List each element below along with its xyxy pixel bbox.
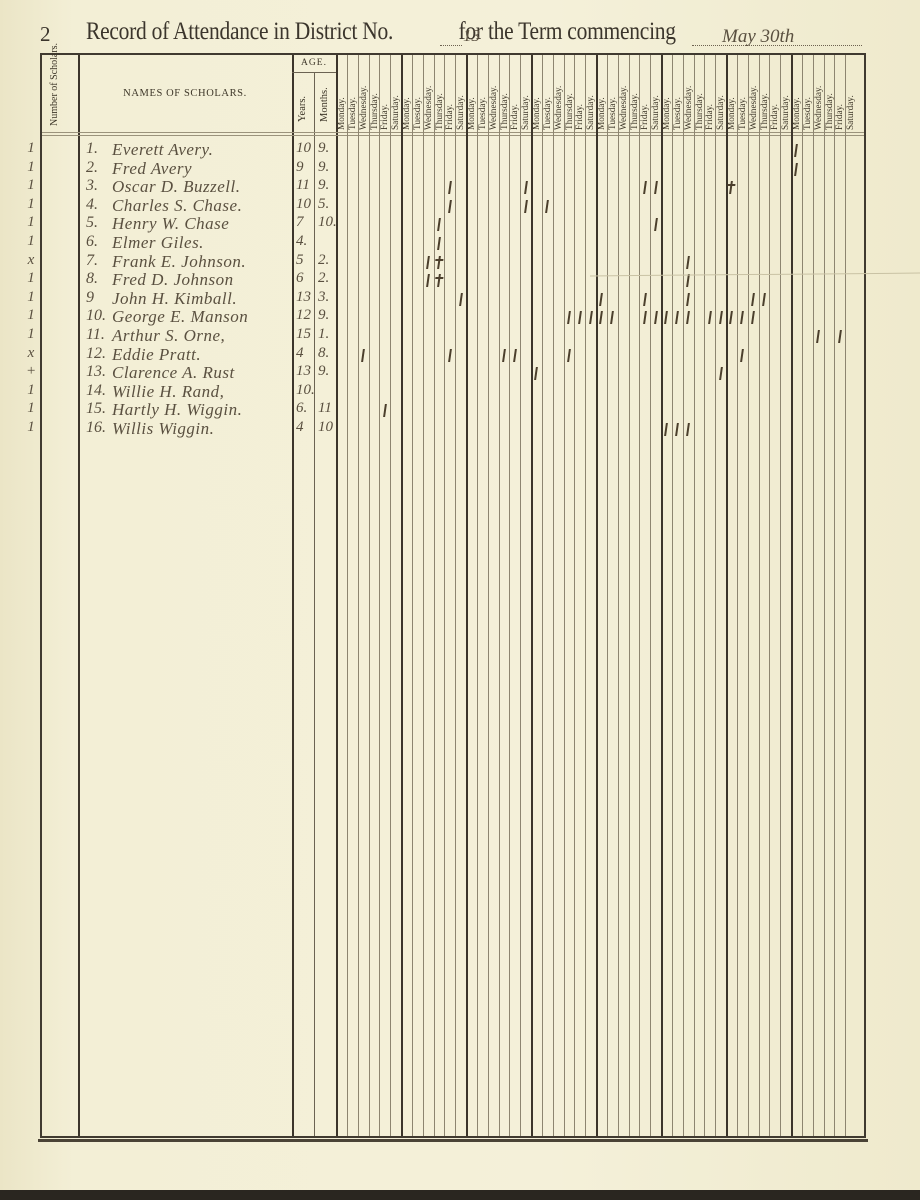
scholar-name: Henry W. Chase — [112, 214, 229, 234]
age-years: 7 — [296, 214, 304, 231]
day-header-monday: Monday. — [532, 58, 542, 130]
table-row: 115.Hartly H. Wiggin.6.11 — [0, 400, 920, 419]
day-header-monday: Monday. — [597, 58, 607, 130]
grid-horizontal-line — [42, 132, 864, 133]
table-row: 16.Elmer Giles.4. — [0, 233, 920, 252]
day-header-thursday: Thursday. — [825, 58, 835, 130]
day-header-tuesday: Tuesday. — [738, 58, 748, 130]
day-header-monday: Monday. — [402, 58, 412, 130]
table-row: 13.Oscar D. Buzzell.119. — [0, 177, 920, 196]
scholar-name: Arthur S. Orne, — [112, 326, 225, 346]
scholar-name: John H. Kimball. — [112, 289, 237, 309]
scholar-number: 15. — [86, 400, 106, 418]
margin-tally-mark: 1 — [22, 326, 40, 343]
day-header-saturday: Saturday. — [456, 58, 466, 130]
header-names-of-scholars: NAMES OF SCHOLARS. — [78, 88, 292, 99]
day-header-friday: Friday. — [510, 58, 520, 130]
age-years: 15 — [296, 326, 311, 343]
scholar-name: Frank E. Johnson. — [112, 252, 246, 272]
age-years: 10 — [296, 140, 311, 157]
age-years: 11 — [296, 177, 310, 194]
scholar-number: 4. — [86, 196, 98, 214]
day-header-monday: Monday. — [662, 58, 672, 130]
day-header-tuesday: Tuesday. — [478, 58, 488, 130]
grid-horizontal-line — [292, 72, 336, 73]
district-dotted-line — [440, 44, 462, 46]
day-header-wednesday: Wednesday. — [814, 58, 824, 130]
day-header-thursday: Thursday. — [565, 58, 575, 130]
age-months: 10. — [318, 214, 337, 231]
scholar-name: Eddie Pratt. — [112, 345, 201, 365]
title-middle: for the Term commencing — [459, 18, 676, 45]
header-age: AGE. — [292, 58, 336, 68]
margin-tally-mark: + — [22, 363, 40, 380]
day-header-friday: Friday. — [640, 58, 650, 130]
day-header-tuesday: Tuesday. — [608, 58, 618, 130]
age-years: 6 — [296, 270, 304, 287]
scholar-number: 2. — [86, 159, 98, 177]
page-title: Record of Attendance in District No.for … — [86, 18, 676, 46]
age-years: 10 — [296, 196, 311, 213]
day-header-friday: Friday. — [835, 58, 845, 130]
day-header-saturday: Saturday. — [521, 58, 531, 130]
scholar-number: 16. — [86, 419, 106, 437]
day-header-thursday: Thursday. — [500, 58, 510, 130]
margin-tally-mark: 1 — [22, 400, 40, 417]
age-months: 2. — [318, 252, 329, 269]
scholar-number: 6. — [86, 233, 98, 251]
day-header-friday: Friday. — [575, 58, 585, 130]
scholar-name: Everett Avery. — [112, 140, 213, 160]
margin-tally-mark: 1 — [22, 159, 40, 176]
margin-tally-mark: x — [22, 252, 40, 269]
day-header-friday: Friday. — [705, 58, 715, 130]
day-header-monday: Monday. — [467, 58, 477, 130]
scholar-name: Fred D. Johnson — [112, 270, 234, 290]
day-header-tuesday: Tuesday. — [673, 58, 683, 130]
age-years: 9 — [296, 159, 304, 176]
age-months: 9. — [318, 307, 329, 324]
table-row: 114.Willie H. Rand,10. — [0, 382, 920, 401]
age-months: 9. — [318, 140, 329, 157]
scholar-number: 11. — [86, 326, 105, 344]
age-years: 4. — [296, 233, 307, 250]
scholar-number: 12. — [86, 345, 106, 363]
margin-tally-mark: 1 — [22, 140, 40, 157]
age-months: 3. — [318, 289, 329, 306]
margin-tally-mark: 1 — [22, 289, 40, 306]
age-years: 5 — [296, 252, 304, 269]
page-edge-shadow — [0, 1190, 920, 1200]
scholar-number: 1. — [86, 140, 98, 158]
day-header-saturday: Saturday. — [716, 58, 726, 130]
day-header-tuesday: Tuesday. — [803, 58, 813, 130]
age-years: 12 — [296, 307, 311, 324]
age-months: 9. — [318, 159, 329, 176]
term-commencing-date: May 30th — [722, 26, 794, 48]
table-row: 110.George E. Manson129. — [0, 307, 920, 326]
scholar-name: Oscar D. Buzzell. — [112, 177, 240, 197]
day-header-saturday: Saturday. — [651, 58, 661, 130]
day-header-tuesday: Tuesday. — [348, 58, 358, 130]
day-header-wednesday: Wednesday. — [749, 58, 759, 130]
age-years: 4 — [296, 345, 304, 362]
scholar-name: Willis Wiggin. — [112, 419, 214, 439]
age-years: 6. — [296, 400, 307, 417]
day-header-wednesday: Wednesday. — [554, 58, 564, 130]
scholar-number: 8. — [86, 270, 98, 288]
day-header-saturday: Saturday. — [781, 58, 791, 130]
header-years: Years. — [298, 82, 308, 122]
header-number-of-scholars: Number of Scholars. — [50, 62, 72, 126]
age-years: 4 — [296, 419, 304, 436]
scholar-number: 10. — [86, 307, 106, 325]
scholar-number: 7. — [86, 252, 98, 270]
scholar-number: 13. — [86, 363, 106, 381]
age-years: 13 — [296, 289, 311, 306]
day-header-thursday: Thursday. — [630, 58, 640, 130]
day-header-wednesday: Wednesday. — [489, 58, 499, 130]
scholar-name: Fred Avery — [112, 159, 192, 179]
table-row: 12.Fred Avery99. — [0, 159, 920, 178]
age-months: 8. — [318, 345, 329, 362]
age-months: 2. — [318, 270, 329, 287]
age-months: 1. — [318, 326, 329, 343]
age-months: 11 — [318, 400, 332, 417]
scholar-number: 14. — [86, 382, 106, 400]
scholar-name: Hartly H. Wiggin. — [112, 400, 242, 420]
day-header-wednesday: Wednesday. — [359, 58, 369, 130]
day-header-wednesday: Wednesday. — [424, 58, 434, 130]
margin-tally-mark: 1 — [22, 177, 40, 194]
ledger-page: 2 Record of Attendance in District No.fo… — [0, 0, 920, 1200]
day-header-friday: Friday. — [380, 58, 390, 130]
day-header-thursday: Thursday. — [695, 58, 705, 130]
margin-tally-mark: 1 — [22, 382, 40, 399]
margin-tally-mark: 1 — [22, 214, 40, 231]
day-header-thursday: Thursday. — [435, 58, 445, 130]
age-years: 13 — [296, 363, 311, 380]
table-row: x7.Frank E. Johnson.52. — [0, 252, 920, 271]
scholar-name: Clarence A. Rust — [112, 363, 235, 383]
margin-tally-mark: 1 — [22, 270, 40, 287]
day-header-tuesday: Tuesday. — [413, 58, 423, 130]
scholar-number: 3. — [86, 177, 98, 195]
grid-horizontal-line — [42, 135, 864, 136]
table-row: 11.Everett Avery.109. — [0, 140, 920, 159]
table-row: 15.Henry W. Chase710. — [0, 214, 920, 233]
day-header-thursday: Thursday. — [370, 58, 380, 130]
margin-tally-mark: 1 — [22, 233, 40, 250]
scholar-number: 5. — [86, 214, 98, 232]
margin-tally-mark: 1 — [22, 307, 40, 324]
age-months: 9. — [318, 363, 329, 380]
district-number: 13 — [463, 26, 480, 46]
day-header-saturday: Saturday. — [586, 58, 596, 130]
scholar-name: Charles S. Chase. — [112, 196, 242, 216]
scholar-name: Elmer Giles. — [112, 233, 204, 253]
scholar-number: 9 — [86, 289, 94, 307]
day-header-tuesday: Tuesday. — [543, 58, 553, 130]
day-header-monday: Monday. — [792, 58, 802, 130]
day-header-friday: Friday. — [770, 58, 780, 130]
scholar-name: Willie H. Rand, — [112, 382, 224, 402]
tardy-mark-icon — [434, 256, 444, 269]
margin-tally-mark: 1 — [22, 196, 40, 213]
age-years: 10. — [296, 382, 315, 399]
table-row: 116.Willis Wiggin.410 — [0, 419, 920, 438]
age-months: 5. — [318, 196, 329, 213]
day-header-wednesday: Wednesday. — [619, 58, 629, 130]
margin-tally-mark: 1 — [22, 419, 40, 436]
header-months: Months. — [320, 76, 330, 122]
scholar-name: George E. Manson — [112, 307, 248, 327]
table-row: 111.Arthur S. Orne,151. — [0, 326, 920, 345]
day-header-thursday: Thursday. — [760, 58, 770, 130]
table-row: 14.Charles S. Chase.105. — [0, 196, 920, 215]
day-header-wednesday: Wednesday. — [684, 58, 694, 130]
table-row: x12.Eddie Pratt.48. — [0, 345, 920, 364]
day-header-friday: Friday. — [445, 58, 455, 130]
title-prefix: Record of Attendance in District No. — [86, 18, 393, 45]
margin-tally-mark: x — [22, 345, 40, 362]
day-header-monday: Monday. — [727, 58, 737, 130]
day-header-monday: Monday. — [337, 58, 347, 130]
table-row: +13.Clarence A. Rust139. — [0, 363, 920, 382]
age-months: 10 — [318, 419, 333, 436]
age-months: 9. — [318, 177, 329, 194]
day-header-saturday: Saturday. — [391, 58, 401, 130]
day-header-saturday: Saturday. — [846, 58, 856, 130]
